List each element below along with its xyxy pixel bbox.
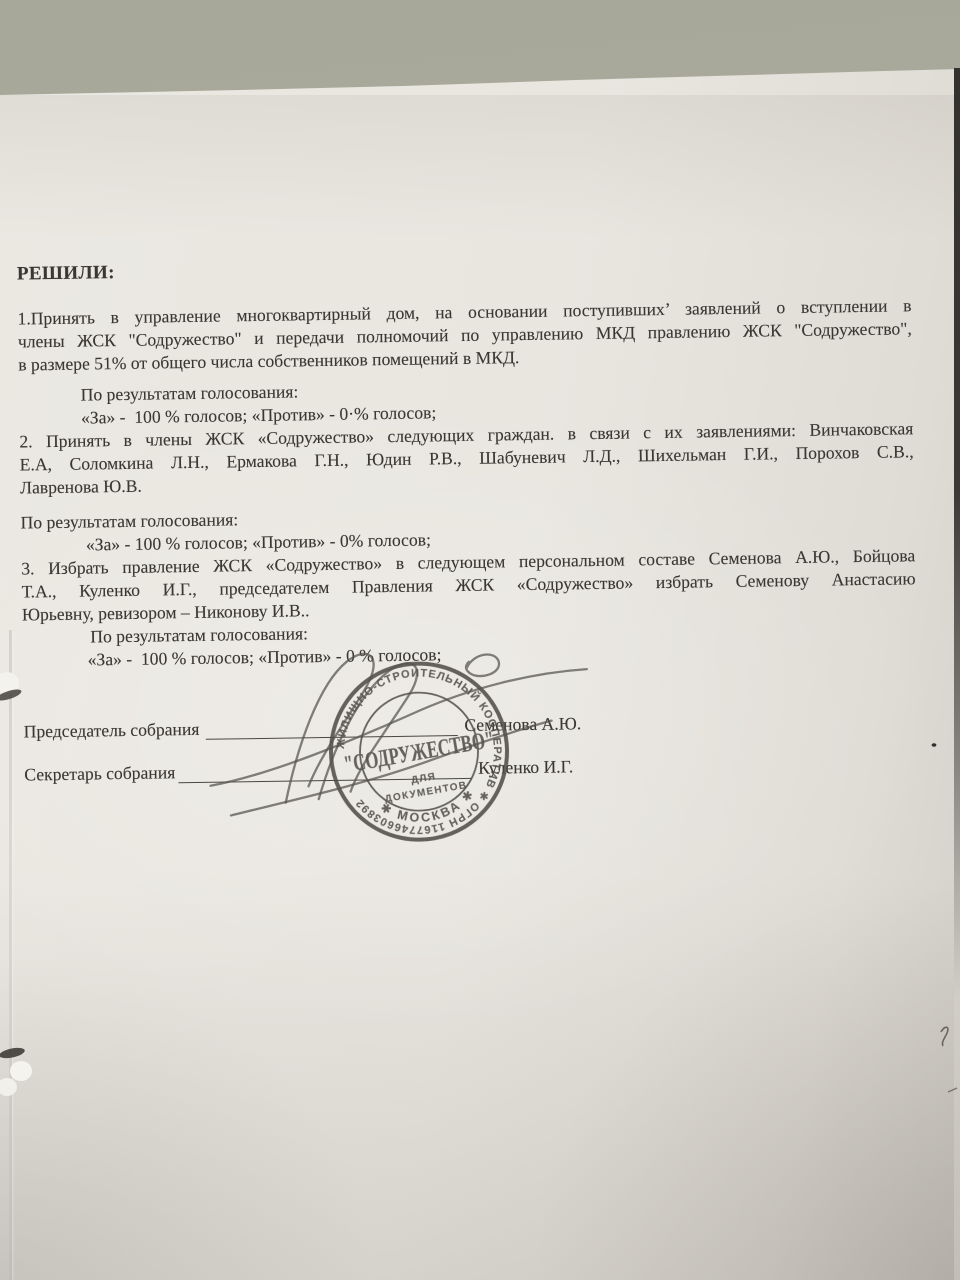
secretary-label: Секретарь собрания bbox=[24, 761, 175, 786]
handwritten-signature bbox=[198, 620, 601, 826]
signature-stroke bbox=[284, 654, 376, 803]
signature-stroke bbox=[466, 654, 499, 676]
chairman-label: Председатель собрания bbox=[24, 718, 200, 744]
document-content: РЕШИЛИ: 1.Принять в управление многоквар… bbox=[0, 0, 960, 790]
paper-bottom-right-shading bbox=[494, 850, 954, 1280]
resolution-item-3: 3. Избрать правление ЖСК «Содружество» в… bbox=[21, 544, 916, 626]
paper-bottom-left-shading bbox=[0, 950, 380, 1280]
resolution-heading: РЕШИЛИ: bbox=[13, 0, 911, 286]
document-photo: РЕШИЛИ: 1.Принять в управление многоквар… bbox=[0, 0, 960, 1280]
resolution-item-2: 2. Принять в члены ЖСК «Содружество» сле… bbox=[19, 417, 914, 499]
resolution-item-1: 1.Принять в управление многоквартирный д… bbox=[17, 294, 912, 376]
